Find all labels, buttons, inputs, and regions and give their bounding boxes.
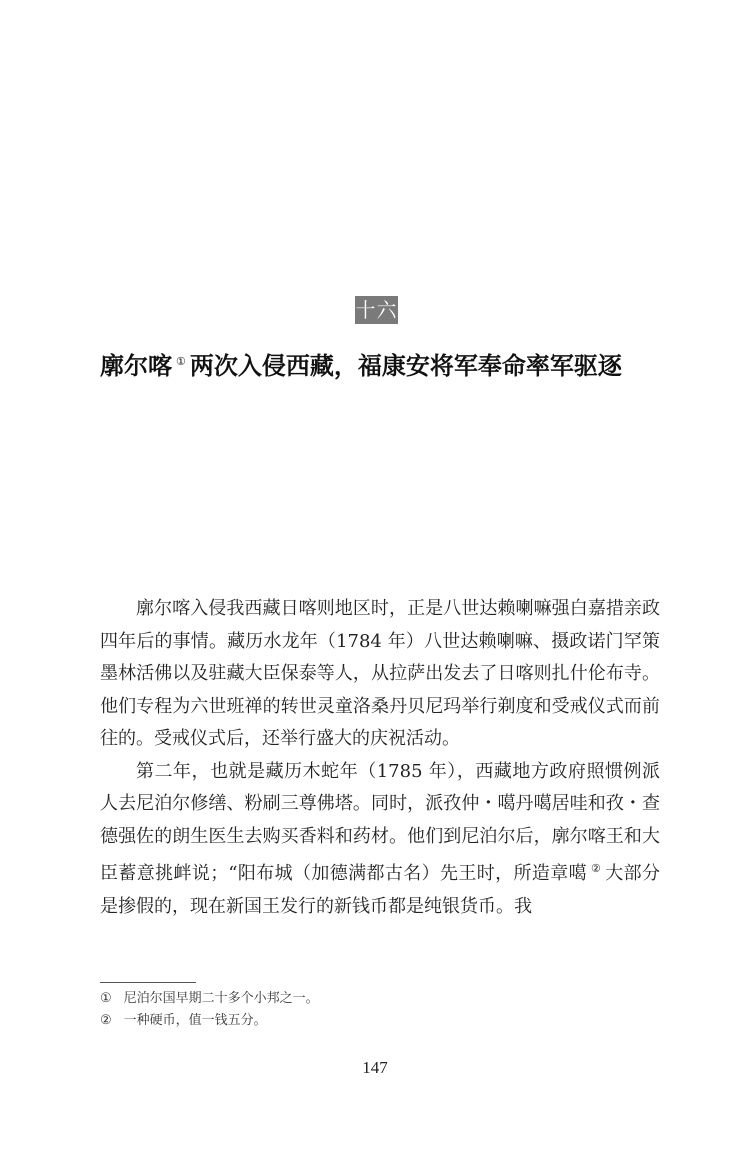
chapter-number-badge: 十六 [355,296,398,324]
footnote-2: ② 一种硬币，值一钱五分。 [100,1010,319,1032]
paragraph-1: 廓尔喀入侵我西藏日喀则地区时，正是八世达赖喇嘛强白嘉措亲政四年后的事情。藏历水龙… [100,593,660,756]
paragraph-2-text-a: 第二年，也就是藏历木蛇年（1785 年），西藏地方政府照惯例派人去尼泊尔修缮、粉… [100,761,660,885]
footnote-mark: ① [100,988,112,1010]
footnote-ref-1[interactable]: ① [176,355,186,368]
footnote-divider [100,982,196,983]
body-text: 廓尔喀入侵我西藏日喀则地区时，正是八世达赖喇嘛强白嘉措亲政四年后的事情。藏历水龙… [100,593,660,923]
chapter-title-part2: 两次入侵西藏，福康安将军奉命率军驱逐 [190,351,622,380]
footnote-text: 尼泊尔国早期二十多个小邦之一。 [124,988,319,1010]
page-number: 147 [0,1058,750,1078]
footnotes: ① 尼泊尔国早期二十多个小邦之一。 ② 一种硬币，值一钱五分。 [100,988,319,1032]
chapter-title: 廓尔喀①两次入侵西藏，福康安将军奉命率军驱逐 [100,342,660,386]
footnote-1: ① 尼泊尔国早期二十多个小邦之一。 [100,988,319,1010]
footnote-ref-2[interactable]: ② [591,862,601,875]
footnote-text: 一种硬币，值一钱五分。 [124,1010,267,1032]
chapter-title-part1: 廓尔喀 [100,351,172,380]
paragraph-2: 第二年，也就是藏历木蛇年（1785 年），西藏地方政府照惯例派人去尼泊尔修缮、粉… [100,756,660,924]
footnote-mark: ② [100,1010,112,1032]
